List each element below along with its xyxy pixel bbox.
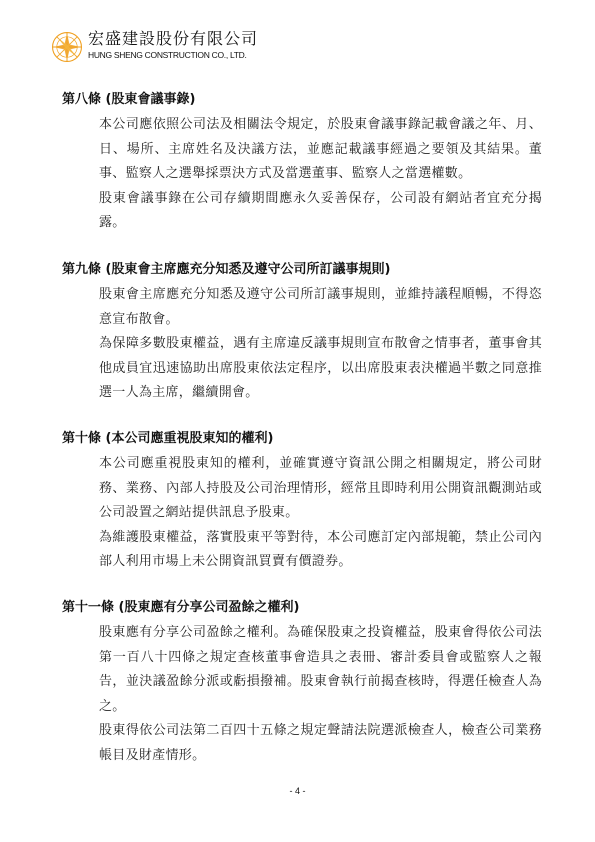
article-paragraph: 為維護股東權益，落實股東平等對待，本公司應訂定內部規範，禁止公司內部人利用市場上… (99, 526, 542, 575)
article-title: 第十一條 (股東應有分享公司盈餘之權利) (62, 599, 542, 617)
article-title: 第九條 (股東會主席應充分知悉及遵守公司所訂議事規則) (62, 261, 542, 279)
page-number: - 4 - (0, 786, 595, 796)
article-paragraph: 股東得依公司法第二百四十五條之規定聲請法院選派檢查人，檢查公司業務帳目及財產情形… (99, 719, 542, 768)
article-paragraph: 股東會議事錄在公司存續期間應永久妥善保存，公司設有網站者宜充分揭露。 (99, 187, 542, 236)
company-name-en: HUNG SHENG CONSTRUCTION CO., LTD. (88, 50, 258, 61)
article-title: 第十條 (本公司應重視股東知的權利) (62, 430, 542, 448)
letterhead: 宏盛建設股份有限公司 HUNG SHENG CONSTRUCTION CO., … (50, 28, 258, 64)
article-11: 第十一條 (股東應有分享公司盈餘之權利) 股東應有分享公司盈餘之權利。為確保股東… (62, 599, 542, 768)
article-paragraph: 股東會主席應充分知悉及遵守公司所訂議事規則，並維持議程順暢，不得恣意宣布散會。 (99, 283, 542, 332)
article-paragraph: 為保障多數股東權益，遇有主席違反議事規則宣布散會之情事者，董事會其他成員宜迅速協… (99, 332, 542, 406)
article-paragraph: 本公司應依照公司法及相關法令規定，於股東會議事錄記載會議之年、月、日、場所、主席… (99, 113, 542, 187)
article-10: 第十條 (本公司應重視股東知的權利) 本公司應重視股東知的權利，並確實遵守資訊公… (62, 430, 542, 575)
company-name-zh: 宏盛建設股份有限公司 (88, 29, 258, 49)
article-paragraph: 股東應有分享公司盈餘之權利。為確保股東之投資權益，股東會得依公司法第一百八十四條… (99, 621, 542, 719)
article-9: 第九條 (股東會主席應充分知悉及遵守公司所訂議事規則) 股東會主席應充分知悉及遵… (62, 261, 542, 406)
article-paragraph: 本公司應重視股東知的權利，並確實遵守資訊公開之相關規定，將公司財務、業務、內部人… (99, 452, 542, 526)
article-title: 第八條 (股東會議事錄) (62, 91, 542, 109)
compass-rose-logo-icon (50, 30, 84, 64)
article-8: 第八條 (股東會議事錄) 本公司應依照公司法及相關法令規定，於股東會議事錄記載會… (62, 91, 542, 236)
